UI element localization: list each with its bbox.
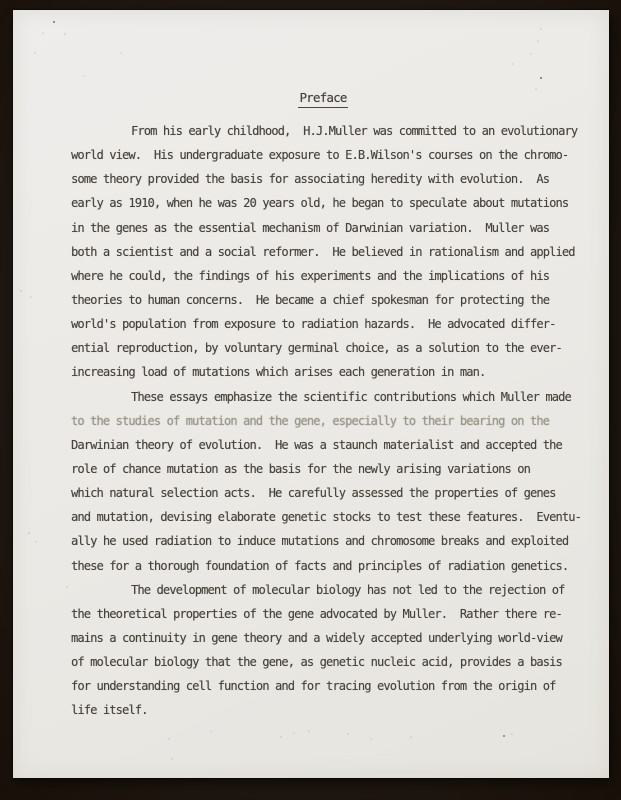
- text-line: both a scientist and a social reformer. …: [71, 240, 593, 264]
- text-line: ential reproduction, by voluntary germin…: [71, 336, 593, 360]
- text-line: the theoretical properties of the gene a…: [71, 602, 593, 626]
- document-body: From his early childhood, H.J.Muller was…: [71, 119, 593, 723]
- text-line: and mutation, devising elaborate genetic…: [71, 505, 593, 529]
- text-line: these for a thorough foundation of facts…: [71, 554, 593, 578]
- text-line: world's population from exposure to radi…: [71, 312, 593, 336]
- text-line: ally he used radiation to induce mutatio…: [71, 529, 593, 553]
- text-line: These essays emphasize the scientific co…: [71, 385, 593, 409]
- text-line: mains a continuity in gene theory and a …: [71, 626, 593, 650]
- text-line: which natural selection acts. He careful…: [71, 481, 593, 505]
- text-line: early as 1910, when he was 20 years old,…: [71, 191, 593, 215]
- title-row: Preface: [13, 87, 609, 108]
- text-line: Darwinian theory of evolution. He was a …: [71, 433, 593, 457]
- text-line: of molecular biology that the gene, as g…: [71, 650, 593, 674]
- text-line: role of chance mutation as the basis for…: [71, 457, 593, 481]
- text-line: some theory provided the basis for assoc…: [71, 167, 593, 191]
- text-line: The development of molecular biology has…: [71, 578, 593, 602]
- text-line: increasing load of mutations which arise…: [71, 360, 593, 384]
- text-line: where he could, the findings of his expe…: [71, 264, 593, 288]
- text-line: From his early childhood, H.J.Muller was…: [71, 119, 593, 143]
- text-line: life itself.: [71, 698, 593, 722]
- text-line: theories to human concerns. He became a …: [71, 288, 593, 312]
- page-title: Preface: [298, 90, 347, 108]
- text-line: in the genes as the essential mechanism …: [71, 216, 593, 240]
- paper-speckles: [13, 10, 15, 12]
- text-line: world view. His undergraduate exposure t…: [71, 143, 593, 167]
- text-line: to the studies of mutation and the gene,…: [71, 409, 593, 433]
- text-line: for understanding cell function and for …: [71, 674, 593, 698]
- document-page: Preface From his early childhood, H.J.Mu…: [13, 10, 609, 778]
- photo-background: Preface From his early childhood, H.J.Mu…: [0, 0, 621, 800]
